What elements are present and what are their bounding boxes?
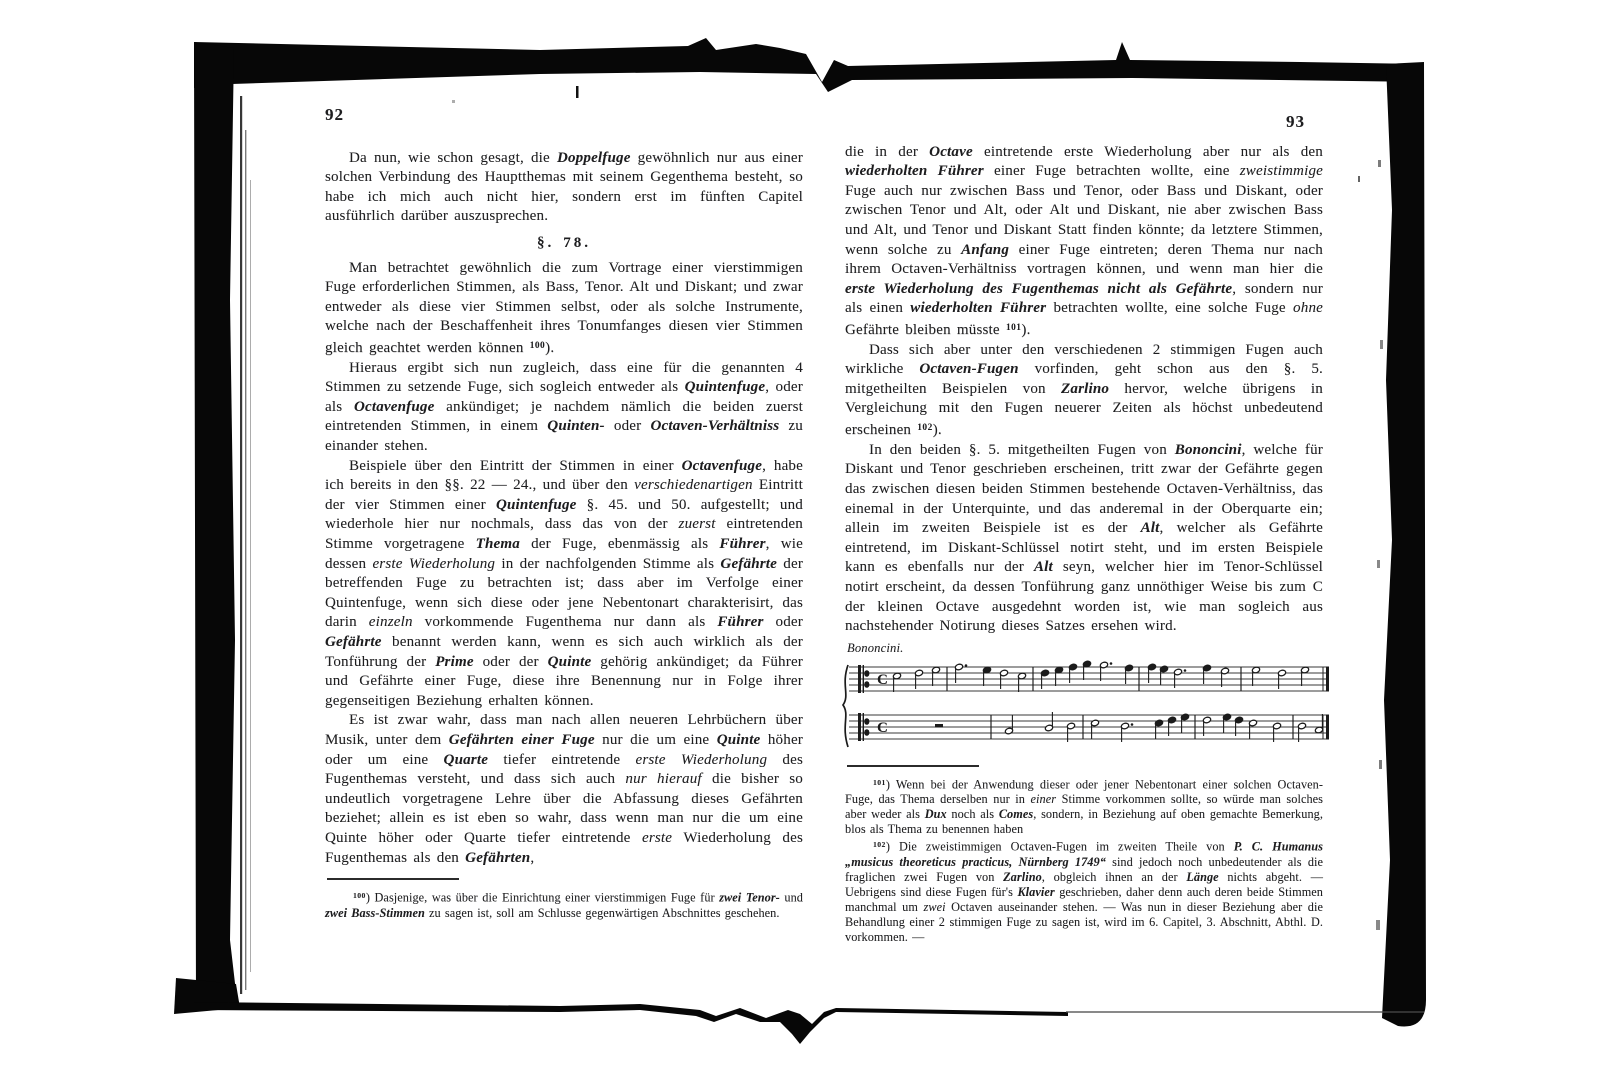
text-run: Quinte <box>548 654 592 670</box>
text-run: vorkommende Fugenthema nur dann als <box>413 614 718 630</box>
text-run: Comes <box>999 807 1033 821</box>
text-run: oder <box>764 614 803 630</box>
text-run: Prime <box>435 654 474 670</box>
text-run: wiederholten Führer <box>910 300 1046 316</box>
text-run: eintretende erste Wiederholung aber nur … <box>973 144 1323 160</box>
footnote-separator-rule <box>847 765 979 767</box>
paragraph: Da nun, wie schon gesagt, die Doppelfuge… <box>325 149 803 227</box>
text-run: zuerst <box>679 516 716 532</box>
page-92: 92 Da nun, wie schon gesagt, die Doppelf… <box>325 105 803 921</box>
page-number-left: 92 <box>325 105 803 125</box>
text-run: Führer <box>717 614 763 630</box>
text-run: Gefährte <box>325 634 382 650</box>
text-run: , obgleich ihnen an der <box>1042 870 1187 884</box>
text-run: In den beiden §. 5. mitgetheilten Fugen … <box>869 442 1175 458</box>
border-left-band <box>194 42 240 1010</box>
text-run: nur hierauf <box>625 771 701 787</box>
text-run: ). <box>933 422 942 438</box>
text-run: die in der <box>845 144 929 160</box>
paragraph: die in der Octave eintretende erste Wied… <box>845 143 1323 341</box>
page-93: 93 die in der Octave eintretende erste W… <box>845 112 1323 945</box>
text-run: Octavenfuge <box>682 458 763 474</box>
text-run: Octavenfuge <box>354 399 435 415</box>
text-run: Octaven-Verhältniss <box>650 418 779 434</box>
paragraph: Beispiele über den Eintritt der Stimmen … <box>325 457 803 712</box>
text-run: zu sagen ist, soll am Schlusse gegenwärt… <box>425 906 780 920</box>
text-run: Dux <box>925 807 947 821</box>
text-run: zwei Tenor- <box>719 891 780 905</box>
footnote: 100) Dasjenige, was über die Einrichtung… <box>325 888 803 920</box>
border-right-band <box>1382 62 1426 1026</box>
scan-speck <box>576 86 579 98</box>
border-bottom-line <box>194 1002 1068 1044</box>
text-run: Da nun, wie schon gesagt, die <box>349 150 557 166</box>
text-run: Octave <box>929 144 973 160</box>
text-run: Quinten- <box>547 418 604 434</box>
text-run: wiederholten Führer <box>845 163 984 179</box>
music-example-svg: CC <box>841 657 1337 755</box>
text-run: Gefährten <box>465 850 530 866</box>
music-example-label: Bononcini. <box>847 641 1323 655</box>
text-run: nur die um eine <box>595 732 717 748</box>
text-run: tiefer eintretende <box>488 752 635 768</box>
text-run: Alt <box>1034 559 1053 575</box>
text-run: „musicus theoreticus practicus, Nürnberg… <box>845 855 1106 869</box>
footnote-reference: 100 <box>353 891 366 900</box>
text-run: Bononcini <box>1175 442 1242 458</box>
text-run: Gefährte bleiben müsste <box>845 322 1006 338</box>
footnote-reference: 102 <box>873 840 886 849</box>
text-run: ) Dasjenige, was über die Einrichtung ei… <box>366 891 719 905</box>
paragraph: Hieraus ergibt sich nun zugleich, dass e… <box>325 359 803 457</box>
text-run: betrachten wollte, eine solche Fuge <box>1046 300 1293 316</box>
footnote: 101) Wenn bei der Anwendung dieser oder … <box>845 775 1323 837</box>
text-run: erste <box>642 830 672 846</box>
text-run: oder der <box>474 654 548 670</box>
svg-text:C: C <box>877 672 888 688</box>
text-run: Thema <box>476 536 520 552</box>
footnote-reference: 100 <box>530 341 545 351</box>
text-run: Gefährten einer Fuge <box>449 732 595 748</box>
text-run: Doppelfuge <box>557 150 631 166</box>
text-run: einer Fuge betrachten wollte, eine <box>984 163 1240 179</box>
text-run: Zarlino <box>1061 381 1109 397</box>
page-92-content: Da nun, wie schon gesagt, die Doppelfuge… <box>325 149 803 921</box>
text-run: Gefährte <box>720 556 777 572</box>
footnote: 102) Die zweistimmigen Octaven-Fugen im … <box>845 837 1323 944</box>
border-top-band <box>194 38 1424 92</box>
text-run: zwei <box>924 900 946 914</box>
text-run: Quarte <box>444 752 489 768</box>
footnote-separator-rule <box>327 878 459 880</box>
text-run: Klavier <box>1017 885 1054 899</box>
text-run: Länge <box>1186 870 1218 884</box>
scan-speck <box>452 100 455 103</box>
text-run: ohne <box>1293 300 1323 316</box>
footnote-reference: 102 <box>917 423 932 433</box>
text-run: Quintenfuge <box>685 379 766 395</box>
text-run: P. C. Humanus <box>1234 840 1323 854</box>
text-run: noch als <box>947 807 999 821</box>
page-93-content: die in der Octave eintretende erste Wied… <box>845 143 1323 945</box>
text-run: , <box>530 850 534 866</box>
text-run: Quintenfuge <box>496 497 577 513</box>
text-run: ). <box>1021 322 1030 338</box>
footnote-reference: 101 <box>1006 323 1021 333</box>
text-run: erste Wiederholung <box>372 556 495 572</box>
text-run: Quinte <box>717 732 761 748</box>
section-heading: §. 78. <box>325 234 803 254</box>
text-run: einer <box>1031 792 1057 806</box>
text-run: erste Wiederholung <box>635 752 767 768</box>
paragraph: In den beiden §. 5. mitgetheilten Fugen … <box>845 441 1323 637</box>
text-run: der Fuge, ebenmässig als <box>520 536 719 552</box>
text-run: Anfang <box>961 242 1009 258</box>
scan-speck <box>1358 176 1360 182</box>
text-run: und <box>780 891 803 905</box>
book-scan: { "colors": { "ink": "#1d1d1f", "paper":… <box>0 0 1600 1078</box>
paragraph: Dass sich aber unter den verschiedenen 2… <box>845 341 1323 441</box>
text-run: zwei Bass-Stimmen <box>325 906 425 920</box>
text-run: Alt <box>1141 520 1160 536</box>
text-run: in der nachfolgenden Stimme als <box>495 556 720 572</box>
text-run: erste Wiederholung des Fugenthemas nicht… <box>845 281 1232 297</box>
text-run: Führer <box>719 536 765 552</box>
text-run: ) Die zweistimmigen Octaven-Fugen im zwe… <box>886 840 1234 854</box>
text-run: verschiedenartigen <box>634 477 753 493</box>
text-run: einzeln <box>369 614 413 630</box>
paragraph: Man betrachtet gewöhnlich die zum Vortra… <box>325 259 803 359</box>
text-run: ). <box>545 340 554 356</box>
paragraph: Es ist zwar wahr, dass man nach allen ne… <box>325 711 803 868</box>
footnote-reference: 101 <box>873 778 886 787</box>
text-run: Beispiele über den Eintritt der Stimmen … <box>349 458 682 474</box>
svg-text:C: C <box>877 720 888 736</box>
text-run: zweistimmige <box>1240 163 1323 179</box>
text-run: Octaven-Fugen <box>919 361 1018 377</box>
text-run: Zarlino <box>1003 870 1042 884</box>
text-run: Man betrachtet gewöhnlich die zum Vortra… <box>325 260 803 357</box>
page-number-right: 93 <box>845 112 1323 132</box>
text-run: oder <box>605 418 651 434</box>
